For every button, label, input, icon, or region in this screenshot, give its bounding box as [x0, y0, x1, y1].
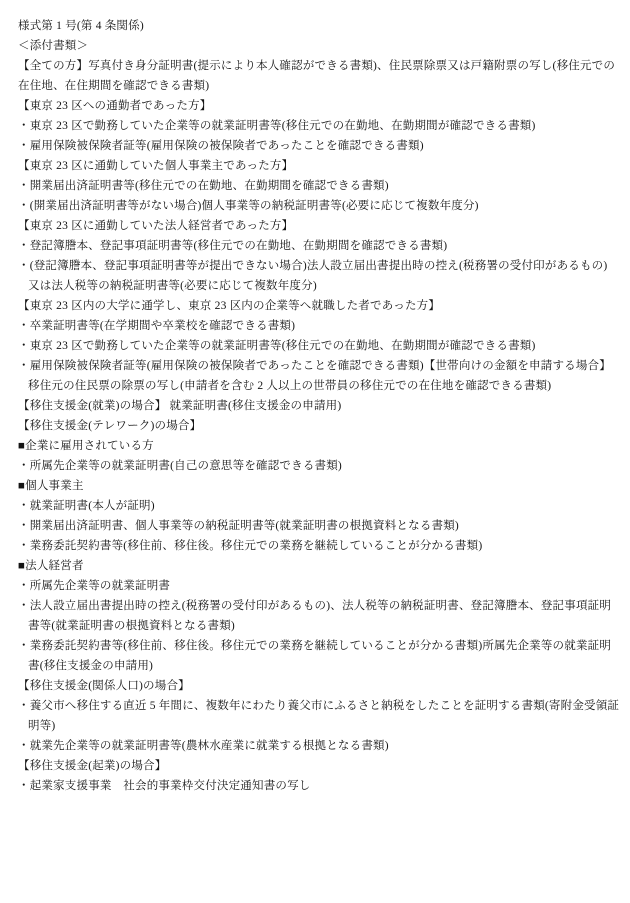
doc-line: ■法人経営者: [18, 556, 620, 576]
doc-line: ■個人事業主: [18, 476, 620, 496]
doc-line: ・業務委託契約書等(移住前、移住後。移住元での業務を継続していることが分かる書類…: [18, 536, 620, 556]
doc-line: 【東京 23 区に通勤していた法人経営者であった方】: [18, 216, 620, 236]
doc-line: 【東京 23 区への通勤者であった方】: [18, 96, 620, 116]
doc-line: 【全ての方】写真付き身分証明書(提示により本人確認ができる書類)、住民票除票又は…: [18, 56, 620, 76]
doc-line: ・所属先企業等の就業証明書: [18, 576, 620, 596]
doc-line: ・法人設立届出書提出時の控え(税務署の受付印があるもの)、法人税等の納税証明書、…: [18, 596, 620, 616]
document-page: 様式第 1 号(第 4 条関係)＜添付書類＞【全ての方】写真付き身分証明書(提示…: [0, 0, 630, 903]
doc-line: ・雇用保険被保険者証等(雇用保険の被保険者であったことを確認できる書類)【世帯向…: [18, 356, 620, 376]
doc-line: 又は法人税等の納税証明書等(必要に応じて複数年度分): [18, 276, 620, 296]
doc-line: ・雇用保険被保険者証等(雇用保険の被保険者であったことを確認できる書類): [18, 136, 620, 156]
doc-line: 移住元の住民票の除票の写し(申請者を含む 2 人以上の世帯員の移住元での在住地を…: [18, 376, 620, 396]
doc-line: ・卒業証明書等(在学期間や卒業校を確認できる書類): [18, 316, 620, 336]
document-body: 様式第 1 号(第 4 条関係)＜添付書類＞【全ての方】写真付き身分証明書(提示…: [18, 16, 620, 796]
form-number-line: 様式第 1 号(第 4 条関係): [18, 16, 620, 36]
doc-line: 【移住支援金(テレワーク)の場合】: [18, 416, 620, 436]
doc-line: 明等): [18, 716, 620, 736]
doc-line: 【東京 23 区に通勤していた個人事業主であった方】: [18, 156, 620, 176]
doc-line: ■企業に雇用されている方: [18, 436, 620, 456]
doc-line: ・就業証明書(本人が証明): [18, 496, 620, 516]
doc-line: ・開業届出済証明書等(移住元での在勤地、在勤期間を確認できる書類): [18, 176, 620, 196]
doc-line: ・東京 23 区で勤務していた企業等の就業証明書等(移住元での在勤地、在勤期間が…: [18, 116, 620, 136]
doc-line: 【移住支援金(起業)の場合】: [18, 756, 620, 776]
doc-line: 在住地、在住期間を確認できる書類): [18, 76, 620, 96]
doc-line: ・(開業届出済証明書等がない場合)個人事業等の納税証明書等(必要に応じて複数年度…: [18, 196, 620, 216]
doc-line: ・登記簿謄本、登記事項証明書等(移住元での在勤地、在勤期間を確認できる書類): [18, 236, 620, 256]
doc-line: 【東京 23 区内の大学に通学し、東京 23 区内の企業等へ就職した者であった方…: [18, 296, 620, 316]
doc-line: 書等(就業証明書の根拠資料となる書類): [18, 616, 620, 636]
doc-line: ・起業家支援事業 社会的事業枠交付決定通知書の写し: [18, 776, 620, 796]
doc-line: ・東京 23 区で勤務していた企業等の就業証明書等(移住元での在勤地、在勤期間が…: [18, 336, 620, 356]
doc-line: ・(登記簿謄本、登記事項証明書等が提出できない場合)法人設立届出書提出時の控え(…: [18, 256, 620, 276]
doc-line: 書(移住支援金の申請用): [18, 656, 620, 676]
doc-line: ・業務委託契約書等(移住前、移住後。移住元での業務を継続していることが分かる書類…: [18, 636, 620, 656]
doc-line: ・開業届出済証明書、個人事業等の納税証明書等(就業証明書の根拠資料となる書類): [18, 516, 620, 536]
doc-line: ・就業先企業等の就業証明書等(農林水産業に就業する根拠となる書類): [18, 736, 620, 756]
doc-line: 【移住支援金(就業)の場合】 就業証明書(移住支援金の申請用): [18, 396, 620, 416]
section-heading-line: ＜添付書類＞: [18, 36, 620, 56]
doc-line: ・養父市へ移住する直近 5 年間に、複数年にわたり養父市にふるさと納税をしたこと…: [18, 696, 620, 716]
doc-line: ・所属先企業等の就業証明書(自己の意思等を確認できる書類): [18, 456, 620, 476]
doc-line: 【移住支援金(関係人口)の場合】: [18, 676, 620, 696]
